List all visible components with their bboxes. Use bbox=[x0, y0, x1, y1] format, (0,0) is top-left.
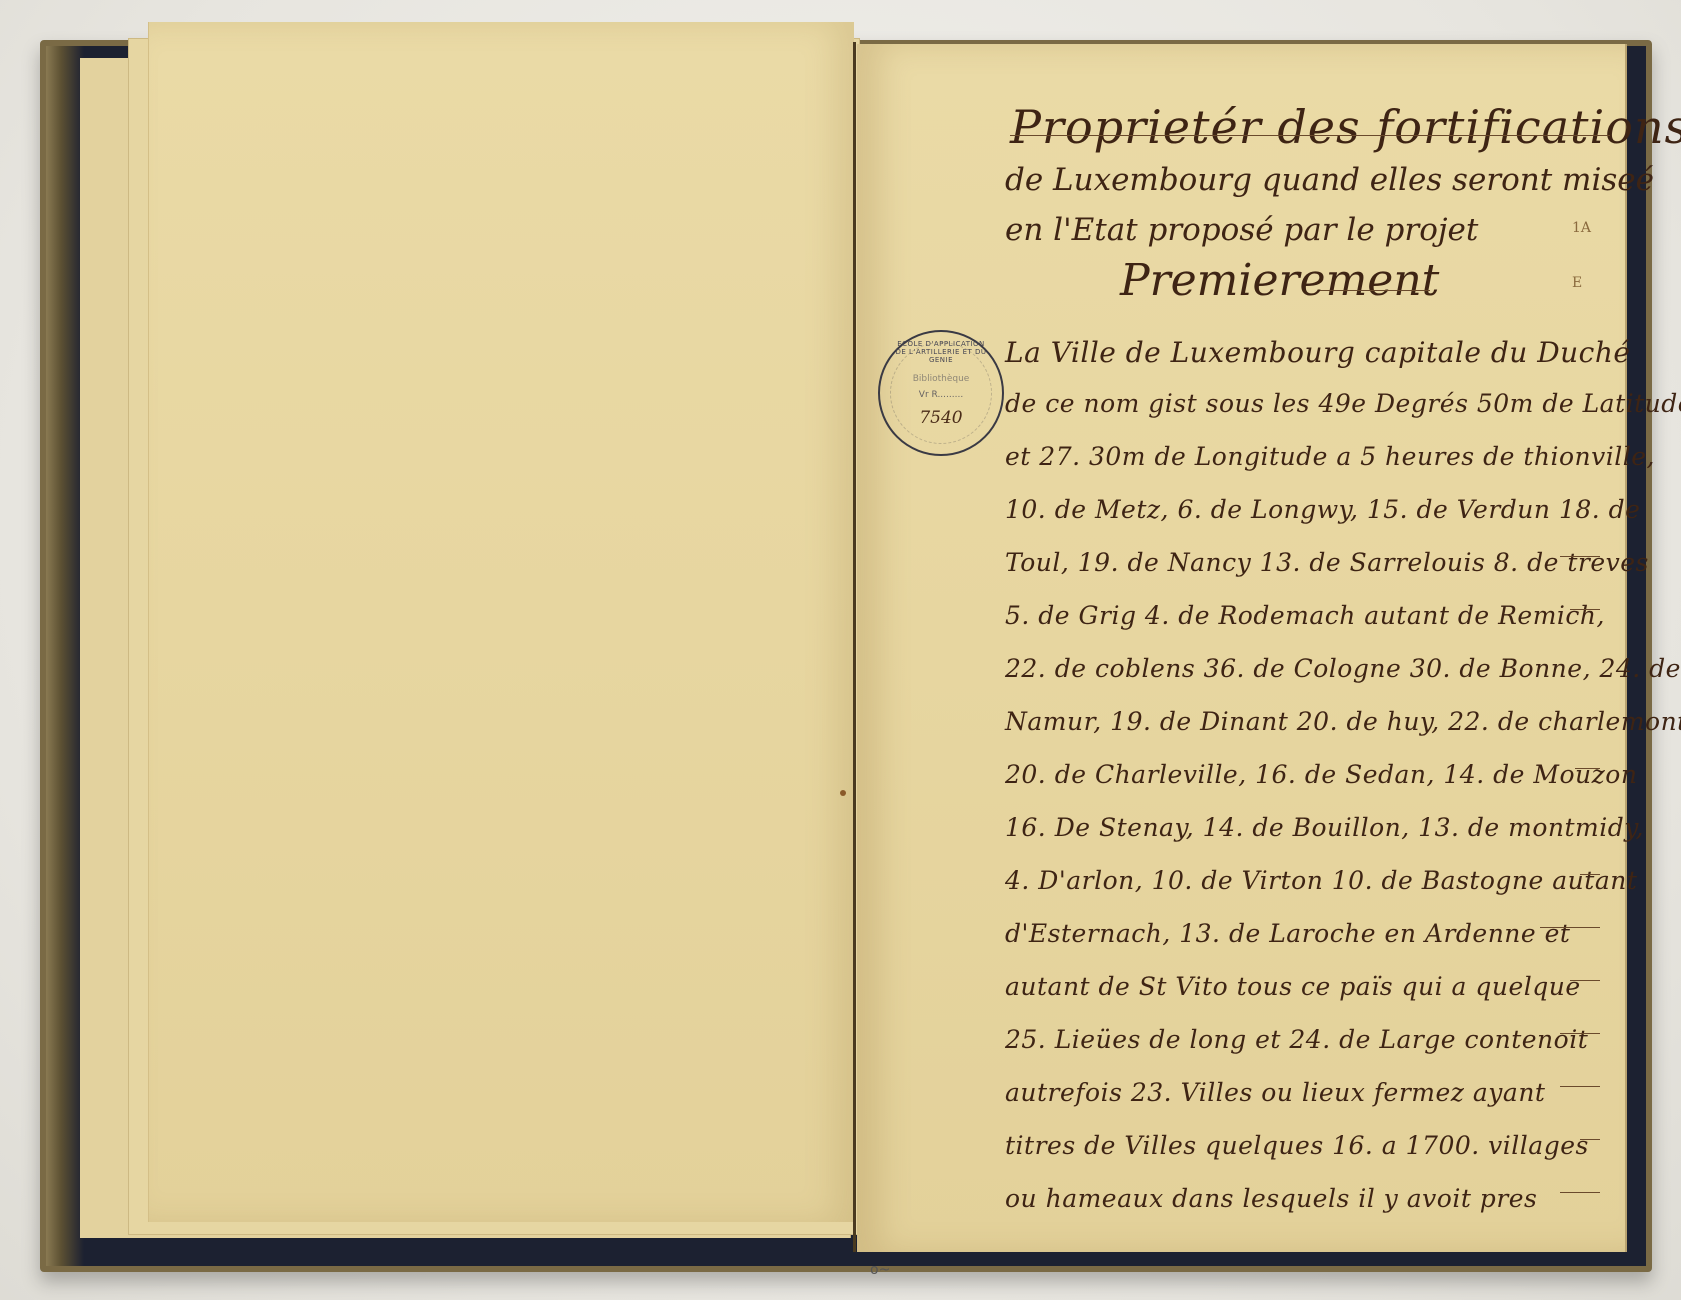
body-line-6: 5. de Grig 4. de Rodemach autant de Remi… bbox=[1005, 601, 1605, 630]
line-filler-dash bbox=[1570, 980, 1600, 981]
pencil-mark: o~ bbox=[870, 1262, 890, 1278]
body-line-15: autrefois 23. Villes ou lieux fermez aya… bbox=[1005, 1078, 1545, 1107]
line-filler-dash bbox=[1560, 1086, 1600, 1087]
body-line-2: de ce nom gist sous les 49e Degrés 50m d… bbox=[1005, 389, 1681, 418]
body-line-11: 4. D'arlon, 10. de Virton 10. de Bastogn… bbox=[1005, 866, 1637, 895]
heading-flourish-line bbox=[1320, 290, 1430, 291]
body-line-8: Namur, 19. de Dinant 20. de huy, 22. de … bbox=[1005, 707, 1681, 736]
book-spine-gutter bbox=[853, 42, 856, 1252]
body-line-4: 10. de Metz, 6. de Longwy, 15. de Verdun… bbox=[1005, 495, 1640, 524]
body-line-12: d'Esternach, 13. de Laroche en Ardenne e… bbox=[1005, 919, 1570, 948]
line-filler-dash bbox=[1560, 556, 1600, 557]
stamp-line-1: Bibliothèque bbox=[880, 374, 1002, 384]
body-line-10: 16. De Stenay, 14. de Bouillon, 13. de m… bbox=[1005, 813, 1644, 842]
cover-worn-edge bbox=[46, 46, 84, 1266]
line-filler-dash bbox=[1580, 1139, 1600, 1140]
line-filler-dash bbox=[1570, 609, 1600, 610]
stamp-line-2: Vr R......... bbox=[880, 390, 1002, 400]
subtitle-line-2: en l'Etat proposé par le projet bbox=[1005, 212, 1478, 248]
body-line-3: et 27. 30m de Longitude a 5 heures de th… bbox=[1005, 442, 1655, 471]
margin-mark: E bbox=[1572, 275, 1582, 291]
body-line-7: 22. de coblens 36. de Cologne 30. de Bon… bbox=[1005, 654, 1681, 683]
line-filler-dash bbox=[1560, 1192, 1600, 1193]
subtitle-line-1: de Luxembourg quand elles seront miseé bbox=[1005, 162, 1654, 198]
left-page-blank bbox=[148, 22, 854, 1222]
body-line-9: 20. de Charleville, 16. de Sedan, 14. de… bbox=[1005, 760, 1637, 789]
library-stamp: ECOLE D'APPLICATION DE L'ARTILLERIE ET D… bbox=[878, 330, 1004, 456]
ink-spot bbox=[840, 790, 846, 796]
stamp-ring-text: ECOLE D'APPLICATION DE L'ARTILLERIE ET D… bbox=[880, 340, 1002, 364]
line-filler-dash bbox=[1575, 768, 1600, 769]
body-line-13: autant de St Vito tous ce païs qui a que… bbox=[1005, 972, 1581, 1001]
title-flourish-line bbox=[1010, 135, 1610, 136]
margin-mark: 1A bbox=[1572, 220, 1591, 236]
body-line-5: Toul, 19. de Nancy 13. de Sarrelouis 8. … bbox=[1005, 548, 1649, 577]
line-filler-dash bbox=[1540, 927, 1600, 928]
body-line-1: La Ville de Luxembourg capitale du Duché bbox=[1005, 336, 1630, 369]
section-heading: Premierement bbox=[1120, 255, 1439, 306]
body-line-14: 25. Lieües de long et 24. de Large conte… bbox=[1005, 1025, 1588, 1054]
line-filler-dash bbox=[1560, 1033, 1600, 1034]
document-title: Proprietér des fortifications bbox=[1010, 100, 1681, 154]
body-line-17: ou hameaux dans lesquels il y avoit pres bbox=[1005, 1184, 1537, 1213]
body-line-16: titres de Villes quelques 16. a 1700. vi… bbox=[1005, 1131, 1589, 1160]
line-filler-dash bbox=[1580, 874, 1600, 875]
stamp-inventory-number: 7540 bbox=[880, 408, 1002, 428]
